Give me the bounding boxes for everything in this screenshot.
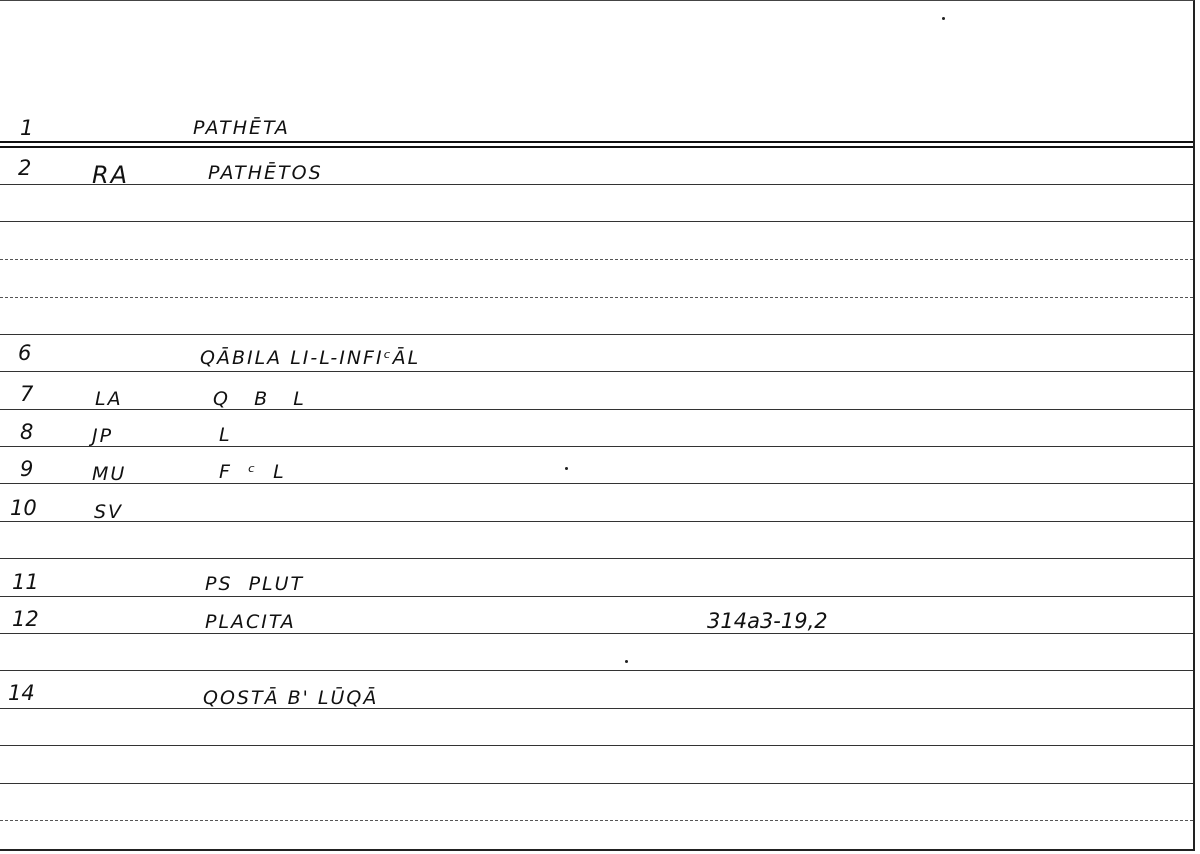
line-number: 6	[18, 341, 31, 365]
entry-text: QĀBILA LI-L-INFIᶜĀL	[200, 347, 420, 369]
entry-reference: 314a3-19,2	[707, 609, 828, 633]
rule-line	[0, 521, 1193, 522]
scan-speck	[942, 17, 945, 20]
entry-code: JP	[92, 425, 113, 447]
scan-speck	[565, 467, 568, 470]
line-number: 12	[12, 607, 39, 631]
line-number: 9	[20, 457, 33, 481]
line-number: 10	[10, 496, 37, 520]
entry-text: F ᶜ L	[219, 461, 286, 483]
entry-text: PLACITA	[205, 611, 296, 633]
rule-line	[0, 483, 1193, 484]
rule-line	[0, 297, 1193, 298]
rule-line	[0, 745, 1193, 746]
rule-line	[0, 334, 1193, 335]
entry-code: SV	[94, 501, 123, 523]
line-number: 14	[8, 681, 35, 705]
rule-line	[0, 708, 1193, 709]
line-number: 8	[20, 420, 33, 444]
entry-code: RA	[92, 161, 129, 189]
line-number: 7	[20, 382, 33, 406]
rule-line	[0, 596, 1193, 597]
scan-speck	[625, 660, 628, 663]
rule-line	[0, 633, 1193, 634]
entry-code: MU	[92, 463, 126, 485]
rule-line	[0, 221, 1193, 222]
entry-text: PATHĒTA	[193, 117, 290, 139]
entry-text: L	[219, 424, 232, 446]
rule-line	[0, 409, 1193, 410]
rule-line	[0, 670, 1193, 671]
entry-text: PATHĒTOS	[208, 162, 323, 184]
rule-line	[0, 820, 1193, 821]
rule-line	[0, 146, 1193, 148]
rule-line	[0, 141, 1193, 143]
index-card: 1 PATHĒTA 2 RA PATHĒTOS 6 QĀBILA LI-L-IN…	[0, 0, 1195, 851]
rule-line	[0, 371, 1193, 372]
line-number: 11	[12, 570, 39, 594]
entry-code: LA	[95, 388, 123, 410]
entry-text: QOSTĀ B' LŪQĀ	[203, 687, 378, 709]
entry-text: PS PLUT	[205, 573, 304, 595]
rule-line	[0, 259, 1193, 260]
rule-line	[0, 558, 1193, 559]
line-number: 1	[20, 116, 33, 140]
line-number: 2	[18, 156, 31, 180]
entry-text: Q B L	[213, 388, 306, 410]
rule-line	[0, 184, 1193, 185]
rule-line	[0, 446, 1193, 447]
rule-line	[0, 783, 1193, 784]
